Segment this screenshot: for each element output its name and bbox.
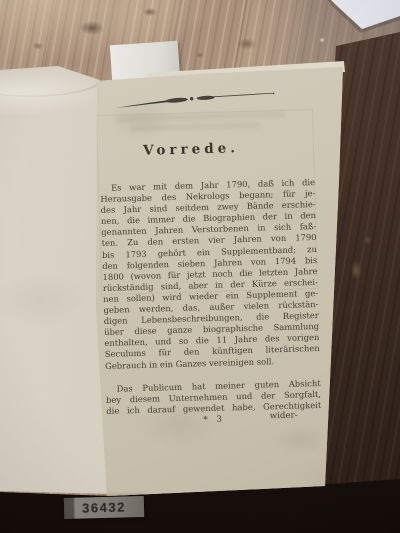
shelf-number-label: 36432 [64, 496, 145, 519]
catchword: wider- [270, 411, 298, 422]
photo-of-open-book: Vorrede. Es war mit dem Jahr 1790, daß i… [0, 0, 400, 533]
paragraph-1: Es war mit dem Jahr 1790, daß ich die He… [100, 177, 320, 372]
ornament-rule [113, 90, 278, 111]
shelf-number: 36432 [82, 499, 126, 515]
